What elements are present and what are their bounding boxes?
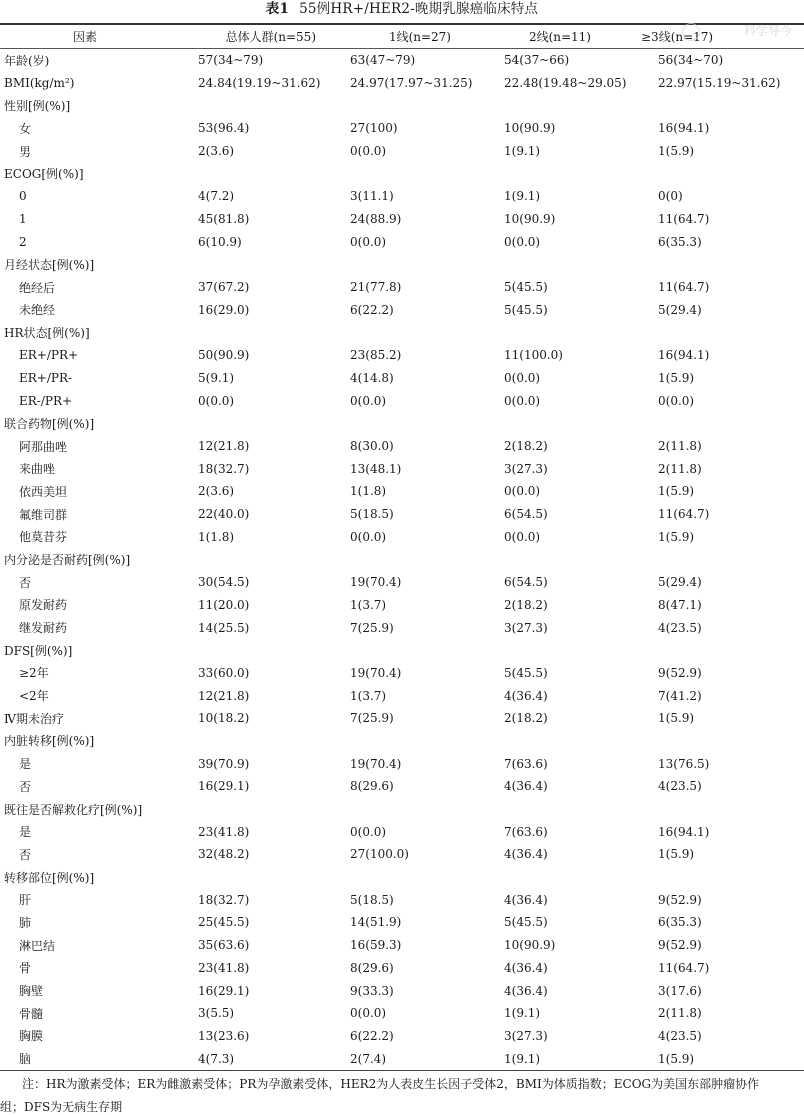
cell-line1: 6(22.2)	[350, 1029, 504, 1043]
cell-line3plus: 5(29.4)	[658, 575, 804, 589]
cell-line3plus: 11(64.7)	[658, 280, 804, 294]
cell-line3plus: 2(11.8)	[658, 462, 804, 476]
cell-factor: 联合药物[例(%)]	[0, 415, 198, 432]
cell-overall: 37(67.2)	[198, 280, 350, 294]
cell-overall: 12(21.8)	[198, 689, 350, 703]
cell-line3plus: 1(5.9)	[658, 1052, 804, 1066]
cell-factor: <2年	[0, 687, 198, 704]
cell-line2: 4(36.4)	[504, 779, 658, 793]
table-row: 145(81.8)24(88.9)10(90.9)11(64.7)	[0, 208, 804, 231]
cell-line3plus: 2(11.8)	[658, 1006, 804, 1020]
cell-line3plus: 8(47.1)	[658, 598, 804, 612]
cell-line2: 4(36.4)	[504, 984, 658, 998]
cell-factor: 未绝经	[0, 301, 198, 318]
cell-overall: 35(63.6)	[198, 938, 350, 952]
cell-factor: HR状态[例(%)]	[0, 324, 198, 341]
cell-line2: 1(9.1)	[504, 189, 658, 203]
cell-factor: 原发耐药	[0, 596, 198, 613]
cell-overall: 22(40.0)	[198, 507, 350, 521]
cell-line1: 0(0.0)	[350, 235, 504, 249]
cell-line2: 3(27.3)	[504, 621, 658, 635]
table-row: ER+/PR-5(9.1)4(14.8)0(0.0)1(5.9)	[0, 367, 804, 390]
cell-line2: 5(45.5)	[504, 280, 658, 294]
table-row: 原发耐药11(20.0)1(3.7)2(18.2)8(47.1)	[0, 594, 804, 617]
cell-factor: ECOG[例(%)]	[0, 165, 198, 182]
cell-line2: 0(0.0)	[504, 371, 658, 385]
cell-line2: 10(90.9)	[504, 938, 658, 952]
table-row: 否30(54.5)19(70.4)6(54.5)5(29.4)	[0, 571, 804, 594]
cell-line2: 4(36.4)	[504, 689, 658, 703]
cell-overall: 0(0.0)	[198, 394, 350, 408]
table-row: ER-/PR+0(0.0)0(0.0)0(0.0)0(0.0)	[0, 389, 804, 412]
cell-line3plus: 9(52.9)	[658, 666, 804, 680]
cell-line2: 2(18.2)	[504, 439, 658, 453]
table-row: 他莫昔芬1(1.8)0(0.0)0(0.0)1(5.9)	[0, 525, 804, 548]
cell-line3plus: 56(34~70)	[658, 53, 804, 67]
cell-line2: 0(0.0)	[504, 394, 658, 408]
table-row: 阿那曲唑12(21.8)8(30.0)2(18.2)2(11.8)	[0, 435, 804, 458]
table-row: 胸壁16(29.1)9(33.3)4(36.4)3(17.6)	[0, 979, 804, 1002]
table-row: ≥2年33(60.0)19(70.4)5(45.5)9(52.9)	[0, 662, 804, 685]
cell-factor: 氟维司群	[0, 506, 198, 523]
table-row: BMI(kg/m²)24.84(19.19~31.62)24.97(17.97~…	[0, 72, 804, 95]
cell-overall: 24.84(19.19~31.62)	[198, 76, 350, 90]
header-line3plus: ≥3线(n=17)	[591, 28, 804, 45]
cell-line1: 19(70.4)	[350, 575, 504, 589]
cell-line2: 2(18.2)	[504, 598, 658, 612]
table-row: 骨23(41.8)8(29.6)4(36.4)11(64.7)	[0, 957, 804, 980]
cell-line2: 4(36.4)	[504, 847, 658, 861]
cell-line1: 14(51.9)	[350, 915, 504, 929]
cell-factor: 男	[0, 143, 198, 160]
cell-line2: 4(36.4)	[504, 893, 658, 907]
table-row: 04(7.2)3(11.1)1(9.1)0(0)	[0, 185, 804, 208]
cell-factor: 骨髓	[0, 1005, 198, 1022]
cell-line1: 7(25.9)	[350, 621, 504, 635]
table-row: 绝经后37(67.2)21(77.8)5(45.5)11(64.7)	[0, 276, 804, 299]
cell-factor: 肺	[0, 914, 198, 931]
cell-overall: 18(32.7)	[198, 893, 350, 907]
cell-line1: 0(0.0)	[350, 825, 504, 839]
table-row: 否16(29.1)8(29.6)4(36.4)4(23.5)	[0, 775, 804, 798]
table-group-row: HR状态[例(%)]	[0, 321, 804, 344]
cell-factor: 肝	[0, 891, 198, 908]
cell-line2: 1(9.1)	[504, 144, 658, 158]
cell-overall: 16(29.1)	[198, 984, 350, 998]
table-group-row: ECOG[例(%)]	[0, 162, 804, 185]
cell-factor: 既往是否解救化疗[例(%)]	[0, 801, 198, 818]
cell-factor: 是	[0, 823, 198, 840]
cell-factor: 继发耐药	[0, 619, 198, 636]
cell-line3plus: 5(29.4)	[658, 303, 804, 317]
cell-line2: 0(0.0)	[504, 484, 658, 498]
cell-line3plus: 9(52.9)	[658, 893, 804, 907]
table-notes: 注：HR为激素受体；ER为雌激素受体；PR为孕激素受体，HER2为人表皮生长因子…	[0, 1071, 800, 1115]
cell-overall: 1(1.8)	[198, 530, 350, 544]
cell-factor: 内分泌是否耐药[例(%)]	[0, 551, 198, 568]
cell-factor: 依西美坦	[0, 483, 198, 500]
cell-line3plus: 16(94.1)	[658, 348, 804, 362]
cell-factor: 是	[0, 755, 198, 772]
table-row: 肺25(45.5)14(51.9)5(45.5)6(35.3)	[0, 911, 804, 934]
cell-overall: 5(9.1)	[198, 371, 350, 385]
cell-line3plus: 7(41.2)	[658, 689, 804, 703]
table-group-row: 联合药物[例(%)]	[0, 412, 804, 435]
table-row: 脑4(7.3)2(7.4)1(9.1)1(5.9)	[0, 1047, 804, 1070]
cell-overall: 14(25.5)	[198, 621, 350, 635]
cell-line3plus: 13(76.5)	[658, 757, 804, 771]
cell-line1: 3(11.1)	[350, 189, 504, 203]
cell-overall: 13(23.6)	[198, 1029, 350, 1043]
cell-line1: 0(0.0)	[350, 144, 504, 158]
table-group-row: 性别[例(%)]	[0, 94, 804, 117]
cell-factor: ER+/PR+	[0, 348, 198, 362]
cell-line1: 1(3.7)	[350, 689, 504, 703]
cell-line2: 5(45.5)	[504, 303, 658, 317]
cell-overall: 50(90.9)	[198, 348, 350, 362]
table-label: 表1	[266, 1, 289, 17]
cell-line3plus: 6(35.3)	[658, 915, 804, 929]
cell-line3plus: 0(0)	[658, 189, 804, 203]
cell-line1: 5(18.5)	[350, 507, 504, 521]
cell-line1: 5(18.5)	[350, 893, 504, 907]
cell-factor: 骨	[0, 959, 198, 976]
cell-line1: 0(0.0)	[350, 394, 504, 408]
cell-line3plus: 6(35.3)	[658, 235, 804, 249]
cell-overall: 6(10.9)	[198, 235, 350, 249]
cell-overall: 16(29.0)	[198, 303, 350, 317]
cell-factor: 胸膜	[0, 1027, 198, 1044]
cell-line2: 0(0.0)	[504, 530, 658, 544]
table-group-row: 内脏转移[例(%)]	[0, 730, 804, 753]
cell-line1: 9(33.3)	[350, 984, 504, 998]
cell-line1: 13(48.1)	[350, 462, 504, 476]
cell-line3plus: 1(5.9)	[658, 371, 804, 385]
table-row: 是39(70.9)19(70.4)7(63.6)13(76.5)	[0, 752, 804, 775]
cell-factor: 绝经后	[0, 279, 198, 296]
cell-line2: 1(9.1)	[504, 1052, 658, 1066]
table-group-row: 转移部位[例(%)]	[0, 866, 804, 889]
cell-factor: 否	[0, 778, 198, 795]
header-line1: 1线(n=27)	[316, 28, 451, 45]
cell-overall: 23(41.8)	[198, 961, 350, 975]
cell-overall: 39(70.9)	[198, 757, 350, 771]
cell-overall: 18(32.7)	[198, 462, 350, 476]
cell-line3plus: 4(23.5)	[658, 779, 804, 793]
table-row: 骨髓3(5.5)0(0.0)1(9.1)2(11.8)	[0, 1002, 804, 1025]
table-row: 淋巴结35(63.6)16(59.3)10(90.9)9(52.9)	[0, 934, 804, 957]
cell-factor: ER+/PR-	[0, 371, 198, 385]
table-row: 否32(48.2)27(100.0)4(36.4)1(5.9)	[0, 843, 804, 866]
table-header-row: 因素 总体人群(n=55) 1线(n=27) 2线(n=11) ≥3线(n=17…	[0, 25, 804, 48]
table-row: 胸膜13(23.6)6(22.2)3(27.3)4(23.5)	[0, 1025, 804, 1048]
cell-line3plus: 4(23.5)	[658, 621, 804, 635]
cell-factor: 1	[0, 212, 198, 226]
table-body: 年龄(岁)57(34~79)63(47~79)54(37~66)56(34~70…	[0, 49, 804, 1070]
cell-line3plus: 2(11.8)	[658, 439, 804, 453]
table-row: 未绝经16(29.0)6(22.2)5(45.5)5(29.4)	[0, 299, 804, 322]
cell-line1: 7(25.9)	[350, 711, 504, 725]
cell-line2: 54(37~66)	[504, 53, 658, 67]
cell-overall: 3(5.5)	[198, 1006, 350, 1020]
table-row: 依西美坦2(3.6)1(1.8)0(0.0)1(5.9)	[0, 480, 804, 503]
cell-line1: 19(70.4)	[350, 757, 504, 771]
cell-factor: Ⅳ期未治疗	[0, 710, 198, 727]
cell-factor: 0	[0, 189, 198, 203]
table-row: 继发耐药14(25.5)7(25.9)3(27.3)4(23.5)	[0, 616, 804, 639]
cell-line3plus: 0(0.0)	[658, 394, 804, 408]
cell-line2: 7(63.6)	[504, 757, 658, 771]
header-overall: 总体人群(n=55)	[170, 28, 316, 45]
cell-line2: 3(27.3)	[504, 1029, 658, 1043]
table-row: 年龄(岁)57(34~79)63(47~79)54(37~66)56(34~70…	[0, 49, 804, 72]
cell-line2: 6(54.5)	[504, 507, 658, 521]
cell-line1: 0(0.0)	[350, 1006, 504, 1020]
cell-line2: 10(90.9)	[504, 121, 658, 135]
cell-overall: 12(21.8)	[198, 439, 350, 453]
cell-line1: 63(47~79)	[350, 53, 504, 67]
table-row: 是23(41.8)0(0.0)7(63.6)16(94.1)	[0, 820, 804, 843]
cell-line1: 27(100)	[350, 121, 504, 135]
cell-factor: ≥2年	[0, 664, 198, 681]
cell-line2: 5(45.5)	[504, 915, 658, 929]
note-line-1: 注：HR为激素受体；ER为雌激素受体；PR为孕激素受体，HER2为人表皮生长因子…	[0, 1073, 800, 1096]
cell-line2: 22.48(19.48~29.05)	[504, 76, 658, 90]
table-row: 女53(96.4)27(100)10(90.9)16(94.1)	[0, 117, 804, 140]
cell-line3plus: 1(5.9)	[658, 530, 804, 544]
cell-factor: 来曲唑	[0, 460, 198, 477]
cell-line3plus: 11(64.7)	[658, 961, 804, 975]
cell-factor: DFS[例(%)]	[0, 642, 198, 659]
table-row: ER+/PR+50(90.9)23(85.2)11(100.0)16(94.1)	[0, 344, 804, 367]
cell-line1: 1(1.8)	[350, 484, 504, 498]
cell-line1: 2(7.4)	[350, 1052, 504, 1066]
cell-overall: 57(34~79)	[198, 53, 350, 67]
cell-factor: 阿那曲唑	[0, 438, 198, 455]
cell-factor: 内脏转移[例(%)]	[0, 732, 198, 749]
table-row: Ⅳ期未治疗10(18.2)7(25.9)2(18.2)1(5.9)	[0, 707, 804, 730]
cell-factor: 他莫昔芬	[0, 528, 198, 545]
cell-line2: 6(54.5)	[504, 575, 658, 589]
table-group-row: 既往是否解救化疗[例(%)]	[0, 798, 804, 821]
cell-line1: 0(0.0)	[350, 530, 504, 544]
cell-line3plus: 1(5.9)	[658, 484, 804, 498]
cell-line2: 5(45.5)	[504, 666, 658, 680]
cell-line2: 4(36.4)	[504, 961, 658, 975]
cell-overall: 45(81.8)	[198, 212, 350, 226]
cell-overall: 32(48.2)	[198, 847, 350, 861]
cell-line2: 3(27.3)	[504, 462, 658, 476]
cell-line1: 4(14.8)	[350, 371, 504, 385]
cell-line1: 23(85.2)	[350, 348, 504, 362]
cell-line1: 8(30.0)	[350, 439, 504, 453]
cell-line1: 6(22.2)	[350, 303, 504, 317]
header-line2: 2线(n=11)	[451, 28, 591, 45]
cell-line3plus: 4(23.5)	[658, 1029, 804, 1043]
cell-factor: BMI(kg/m²)	[0, 76, 198, 90]
table-caption: 表155例HR+/HER2-晚期乳腺癌临床特点	[0, 0, 804, 22]
cell-line3plus: 3(17.6)	[658, 984, 804, 998]
table-row: 来曲唑18(32.7)13(48.1)3(27.3)2(11.8)	[0, 457, 804, 480]
cell-line2: 11(100.0)	[504, 348, 658, 362]
cell-overall: 4(7.2)	[198, 189, 350, 203]
cell-line2: 7(63.6)	[504, 825, 658, 839]
table-group-row: 月经状态[例(%)]	[0, 253, 804, 276]
cell-line3plus: 1(5.9)	[658, 847, 804, 861]
cell-line1: 1(3.7)	[350, 598, 504, 612]
cell-line2: 0(0.0)	[504, 235, 658, 249]
cell-overall: 16(29.1)	[198, 779, 350, 793]
cell-overall: 53(96.4)	[198, 121, 350, 135]
cell-line1: 27(100.0)	[350, 847, 504, 861]
clinical-characteristics-table: 因素 总体人群(n=55) 1线(n=27) 2线(n=11) ≥3线(n=17…	[0, 23, 804, 1115]
cell-overall: 10(18.2)	[198, 711, 350, 725]
cell-factor: 否	[0, 574, 198, 591]
cell-overall: 11(20.0)	[198, 598, 350, 612]
cell-line1: 16(59.3)	[350, 938, 504, 952]
note-line-2: 组；DFS为无病生存期	[0, 1096, 800, 1115]
cell-factor: 月经状态[例(%)]	[0, 256, 198, 273]
cell-overall: 2(3.6)	[198, 144, 350, 158]
table-group-row: DFS[例(%)]	[0, 639, 804, 662]
table-row: 26(10.9)0(0.0)0(0.0)6(35.3)	[0, 231, 804, 254]
cell-line1: 21(77.8)	[350, 280, 504, 294]
cell-line3plus: 9(52.9)	[658, 938, 804, 952]
cell-line2: 10(90.9)	[504, 212, 658, 226]
cell-factor: 2	[0, 235, 198, 249]
cell-overall: 30(54.5)	[198, 575, 350, 589]
cell-factor: 年龄(岁)	[0, 52, 198, 69]
cell-factor: 胸壁	[0, 982, 198, 999]
cell-line3plus: 11(64.7)	[658, 212, 804, 226]
cell-factor: 脑	[0, 1050, 198, 1067]
table-row: 氟维司群22(40.0)5(18.5)6(54.5)11(64.7)	[0, 503, 804, 526]
cell-line3plus: 1(5.9)	[658, 144, 804, 158]
table-row: 男2(3.6)0(0.0)1(9.1)1(5.9)	[0, 140, 804, 163]
cell-line3plus: 16(94.1)	[658, 121, 804, 135]
table-row: 肝18(32.7)5(18.5)4(36.4)9(52.9)	[0, 888, 804, 911]
table-title: 55例HR+/HER2-晚期乳腺癌临床特点	[299, 1, 538, 17]
cell-line1: 8(29.6)	[350, 961, 504, 975]
cell-line3plus: 1(5.9)	[658, 711, 804, 725]
cell-overall: 25(45.5)	[198, 915, 350, 929]
cell-factor: 淋巴结	[0, 937, 198, 954]
cell-factor: 否	[0, 846, 198, 863]
table-row: <2年12(21.8)1(3.7)4(36.4)7(41.2)	[0, 684, 804, 707]
cell-line2: 1(9.1)	[504, 1006, 658, 1020]
cell-factor: 性别[例(%)]	[0, 97, 198, 114]
cell-line2: 2(18.2)	[504, 711, 658, 725]
cell-line3plus: 16(94.1)	[658, 825, 804, 839]
table-group-row: 内分泌是否耐药[例(%)]	[0, 548, 804, 571]
cell-overall: 23(41.8)	[198, 825, 350, 839]
cell-overall: 2(3.6)	[198, 484, 350, 498]
cell-line1: 24(88.9)	[350, 212, 504, 226]
header-factor: 因素	[0, 28, 170, 45]
cell-overall: 4(7.3)	[198, 1052, 350, 1066]
cell-line1: 24.97(17.97~31.25)	[350, 76, 504, 90]
cell-line1: 8(29.6)	[350, 779, 504, 793]
cell-factor: 女	[0, 120, 198, 137]
cell-factor: ER-/PR+	[0, 394, 198, 408]
cell-line1: 19(70.4)	[350, 666, 504, 680]
cell-overall: 33(60.0)	[198, 666, 350, 680]
cell-line3plus: 11(64.7)	[658, 507, 804, 521]
cell-factor: 转移部位[例(%)]	[0, 869, 198, 886]
cell-line3plus: 22.97(15.19~31.62)	[658, 76, 804, 90]
